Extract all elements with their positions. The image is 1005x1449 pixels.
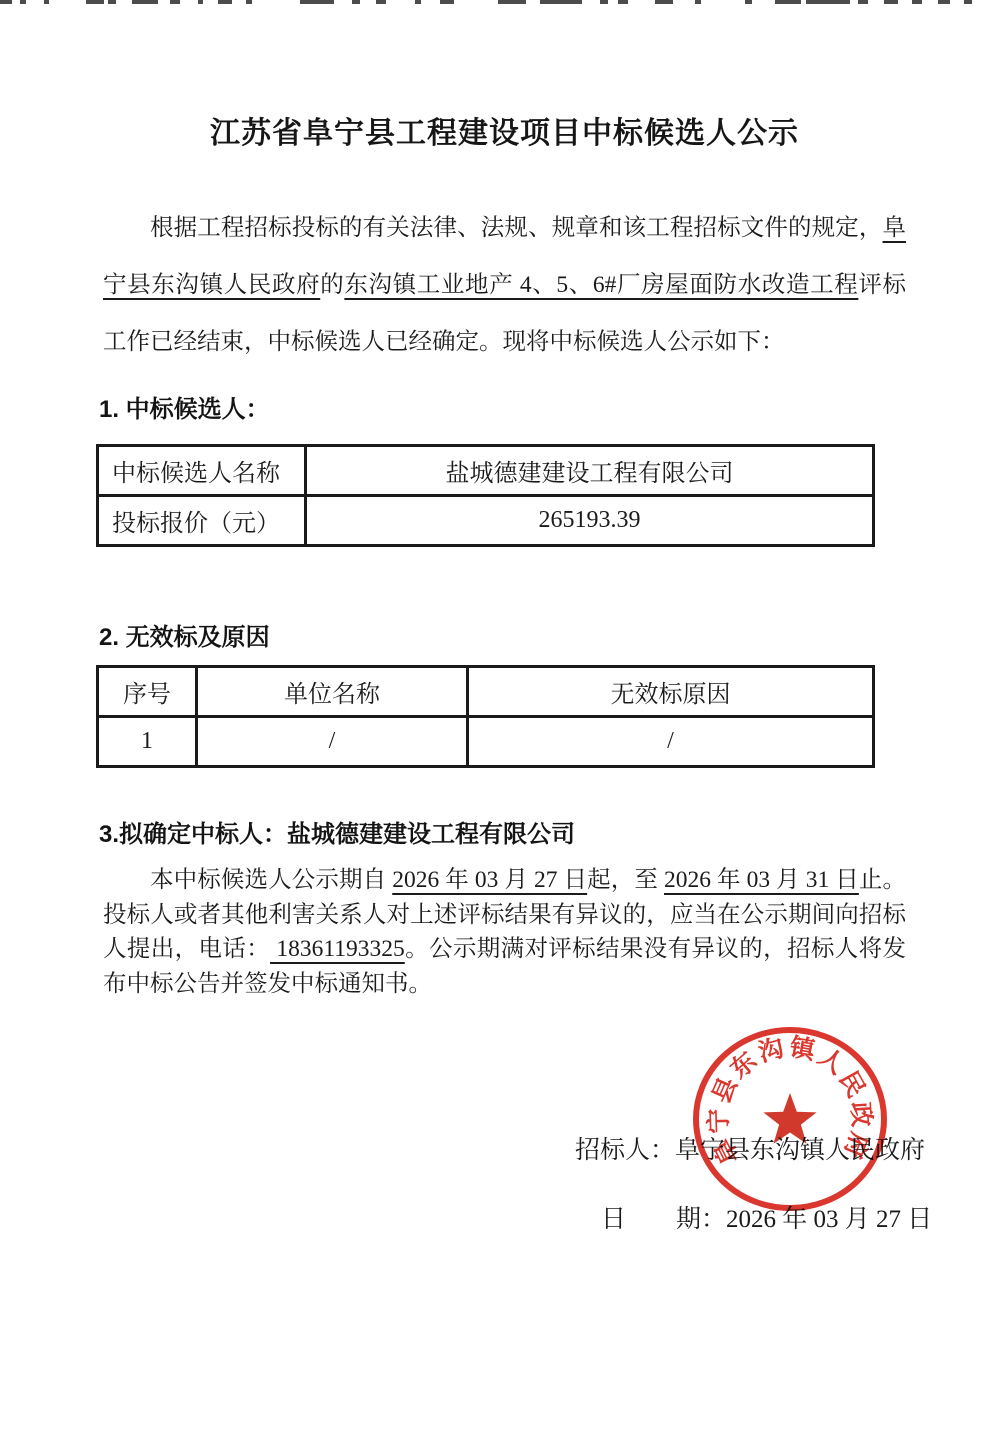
- table-row: 1 / /: [98, 717, 874, 767]
- section-2-heading: 2. 无效标及原因: [99, 617, 906, 652]
- project-name: 东沟镇工业地产 4、5、6#厂房屋面防水改造工程: [344, 272, 858, 298]
- scan-artifact-mark: [912, 0, 922, 4]
- scan-artifact-mark: [884, 0, 898, 4]
- table-row: 投标报价（元） 265193.39: [98, 496, 874, 546]
- column-header-unit: 单位名称: [197, 667, 468, 717]
- scan-artifact-mark: [938, 0, 950, 4]
- date-value: 2026 年 03 月 27 日: [726, 1206, 932, 1233]
- date-label: 日 期：: [601, 1206, 726, 1233]
- publicity-start-date: 2026 年 03 月 27 日: [392, 867, 587, 893]
- scan-artifact-mark: [44, 0, 49, 4]
- official-seal: 阜宁县东沟镇人民政府: [687, 1023, 893, 1217]
- table-header-row: 序号 单位名称 无效标原因: [98, 667, 874, 717]
- scan-artifact-mark: [198, 0, 203, 4]
- scan-artifact-mark: [440, 0, 454, 4]
- candidate-name-value: 盐城德建建设工程有限公司: [306, 446, 874, 496]
- invalid-bid-reason: /: [468, 717, 874, 767]
- bid-price-value: 265193.39: [306, 496, 874, 546]
- table-row: 中标候选人名称 盐城德建建设工程有限公司: [98, 446, 874, 496]
- tenderee-signature-line: 招标人：阜宁县东沟镇人民政府: [575, 1130, 925, 1166]
- scan-artifact-mark: [540, 0, 582, 4]
- invalid-bid-unit: /: [197, 717, 468, 767]
- scan-artifact-mark: [352, 0, 360, 4]
- scan-artifact-mark: [806, 0, 850, 4]
- scan-artifact-mark: [745, 0, 752, 4]
- intro-mid: 的: [320, 272, 344, 298]
- publicity-end-date: 2026 年 03 月 31 日: [664, 867, 859, 893]
- scan-artifact-mark: [858, 0, 868, 4]
- scan-artifact-mark: [246, 0, 252, 4]
- winning-candidate-table: 中标候选人名称 盐城德建建设工程有限公司 投标报价（元） 265193.39: [96, 444, 875, 547]
- date-line: 日 期：2026 年 03 月 27 日: [601, 1199, 932, 1235]
- scan-artifact-mark: [600, 0, 608, 4]
- document-page: 江苏省阜宁县工程建设项目中标候选人公示 根据工程招标投标的有关法律、法规、规章和…: [0, 0, 1005, 1449]
- document-content: 江苏省阜宁县工程建设项目中标候选人公示 根据工程招标投标的有关法律、法规、规章和…: [0, 0, 1005, 1001]
- intro-paragraph: 根据工程招标投标的有关法律、法规、规章和该工程招标文件的规定，阜宁县东沟镇人民政…: [103, 200, 906, 371]
- scan-artifact-mark: [132, 0, 158, 4]
- notice-part-1: 本中标候选人公示期自: [150, 867, 392, 893]
- invalid-bid-no: 1: [98, 717, 197, 767]
- invalid-bids-table: 序号 单位名称 无效标原因 1 / /: [96, 665, 875, 768]
- scan-artifact-mark: [20, 0, 26, 4]
- notice-paragraph: 本中标候选人公示期自 2026 年 03 月 27 日起，至 2026 年 03…: [103, 863, 906, 1001]
- scan-artifact-mark: [695, 0, 701, 4]
- scan-artifact-mark: [655, 0, 673, 4]
- scan-artifact-mark: [964, 0, 972, 4]
- bid-price-label: 投标报价（元）: [98, 496, 306, 546]
- column-header-reason: 无效标原因: [468, 667, 874, 717]
- scan-artifact-mark: [108, 0, 116, 4]
- scan-artifact-mark: [618, 0, 628, 4]
- scan-artifact-mark: [218, 0, 232, 4]
- scan-artifact-mark: [0, 0, 12, 4]
- section-1-heading: 1. 中标候选人：: [99, 389, 906, 424]
- scan-artifact-mark: [775, 0, 801, 4]
- seal-ring: [696, 1030, 884, 1208]
- scan-artifact-mark: [498, 0, 526, 4]
- tenderee-signature-name: 阜宁县东沟镇人民政府: [675, 1137, 925, 1164]
- tenderee-label: 招标人：: [575, 1137, 675, 1164]
- document-title: 江苏省阜宁县工程建设项目中标候选人公示: [103, 0, 906, 152]
- candidate-name-label: 中标候选人名称: [98, 446, 306, 496]
- scan-artifact-mark: [376, 0, 386, 4]
- column-header-no: 序号: [98, 667, 197, 717]
- scan-artifact-mark: [86, 0, 104, 4]
- intro-prefix: 根据工程招标投标的有关法律、法规、规章和该工程招标文件的规定，: [150, 215, 883, 241]
- scan-artifact-mark: [415, 0, 421, 4]
- scan-artifact-mark: [170, 0, 180, 4]
- section-3-heading: 3.拟确定中标人：盐城德建建设工程有限公司: [99, 814, 906, 849]
- scan-artifact-mark: [300, 0, 334, 4]
- contact-phone: 18361193325: [270, 936, 405, 962]
- notice-part-2: 起，至: [587, 867, 664, 893]
